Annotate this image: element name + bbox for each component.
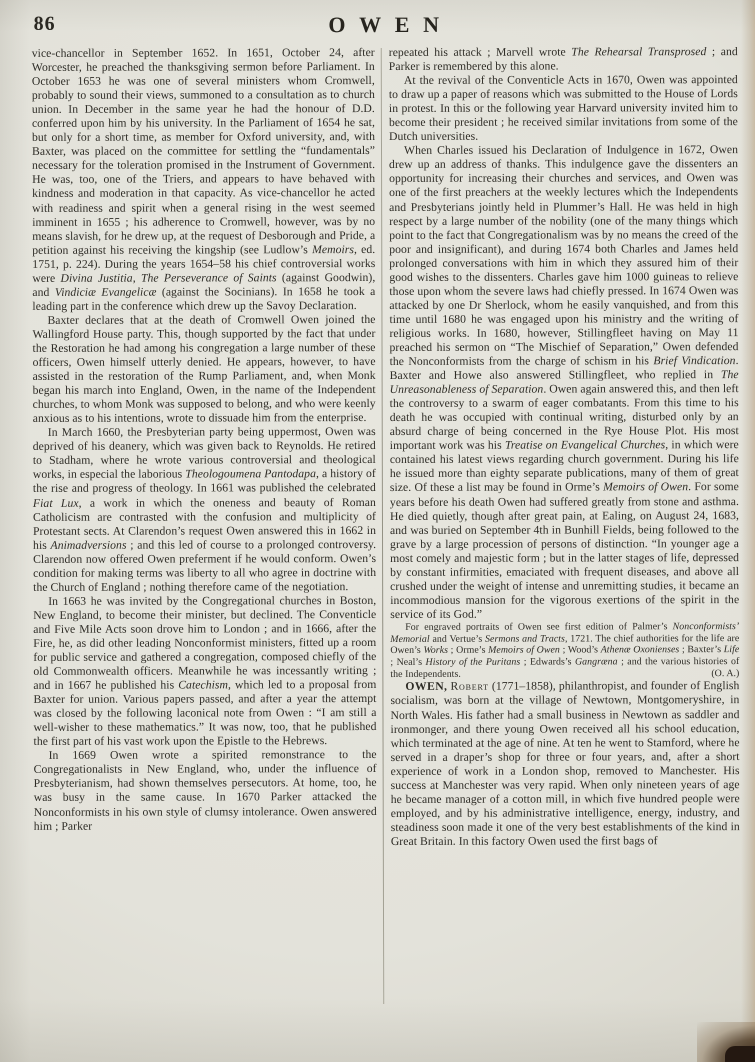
page-header: 86 OWEN bbox=[32, 9, 736, 45]
page-content: 86 OWEN vice-chancellor in September 165… bbox=[0, 0, 755, 1062]
body-paragraph: In March 1660, the Presbyterian party be… bbox=[33, 425, 376, 594]
column-rule-divider bbox=[381, 48, 385, 1004]
body-paragraph: In 1669 Owen wrote a spirited remonstran… bbox=[34, 748, 377, 833]
body-paragraph: In 1663 he was invited by the Congregati… bbox=[33, 594, 376, 749]
body-paragraph: Baxter declares that at the death of Cro… bbox=[32, 313, 375, 426]
body-paragraph: At the revival of the Conventicle Acts i… bbox=[389, 73, 738, 144]
bibliography-paragraph: For engraved portraits of Owen see first… bbox=[390, 621, 739, 680]
body-paragraph: repeated his attack ; Marvell wrote The … bbox=[389, 45, 738, 74]
body-paragraph: When Charles issued his Declaration of I… bbox=[389, 143, 739, 622]
body-paragraph: OWEN, Robert (1771–1858), philanthropist… bbox=[390, 679, 739, 848]
book-page-scan: 86 OWEN vice-chancellor in September 165… bbox=[0, 0, 755, 1062]
author-initials: (O. A.) bbox=[696, 668, 739, 680]
left-column: vice-chancellor in September 1652. In 16… bbox=[32, 46, 378, 1025]
body-paragraph: vice-chancellor in September 1652. In 16… bbox=[32, 46, 376, 314]
right-column: repeated his attack ; Marvell wrote The … bbox=[389, 45, 741, 1024]
running-head-title: OWEN bbox=[32, 11, 736, 39]
two-column-text-block: vice-chancellor in September 1652. In 16… bbox=[32, 45, 741, 1025]
